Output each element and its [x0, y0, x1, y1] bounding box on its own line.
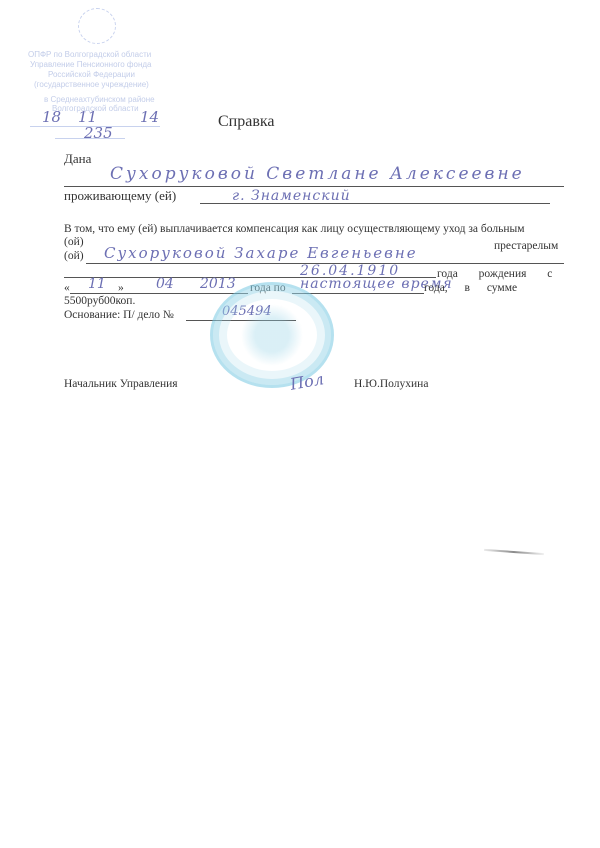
given-label: Дана	[64, 151, 91, 167]
body-oi-2: (ой)	[64, 250, 84, 262]
stamp-line-2: Управление Пенсионного фонда	[30, 60, 152, 69]
given-name: Сухоруковой Светлане Алексеевне	[110, 164, 525, 184]
stamp-line-4: (государственное учреждение)	[34, 80, 149, 89]
signer-title: Начальник Управления	[64, 378, 178, 390]
body-elderly: престарелым	[494, 240, 558, 252]
body-oi-1: (ой)	[64, 236, 84, 248]
patient-name: Сухоруковой Захаре Евгеньевне	[104, 244, 418, 262]
page-title: Справка	[218, 113, 275, 131]
residing-value: г. Знаменский	[232, 188, 351, 204]
from-year: 2013	[200, 276, 236, 292]
birth-label: года рождения с	[437, 268, 552, 280]
emblem-icon	[78, 8, 116, 44]
signer-name: Н.Ю.Полухина	[354, 378, 428, 390]
stamp-date-day: 18	[42, 108, 61, 126]
from-day: 11	[88, 276, 106, 292]
sum-label: года, в сумме	[424, 282, 517, 294]
residing-label: проживающему (ей)	[64, 188, 176, 204]
stamp-line-1: ОПФР по Волгоградской области	[28, 50, 151, 59]
stamp-date-year: 14	[140, 108, 159, 126]
from-quote-open: «	[64, 282, 70, 294]
body-line-1: В том, что ему (ей) выплачивается компен…	[64, 223, 525, 235]
stamp-line-3: Российской Федерации	[48, 70, 135, 79]
scan-artifact	[484, 549, 544, 555]
from-month: 04	[156, 276, 174, 292]
stamp-line-5: в Среднеахтубинском районе	[44, 95, 155, 104]
sum-value: 5500руб00коп.	[64, 295, 135, 307]
basis-label: Основание: П/ дело №	[64, 309, 174, 321]
stamp-number: 235	[84, 124, 113, 142]
